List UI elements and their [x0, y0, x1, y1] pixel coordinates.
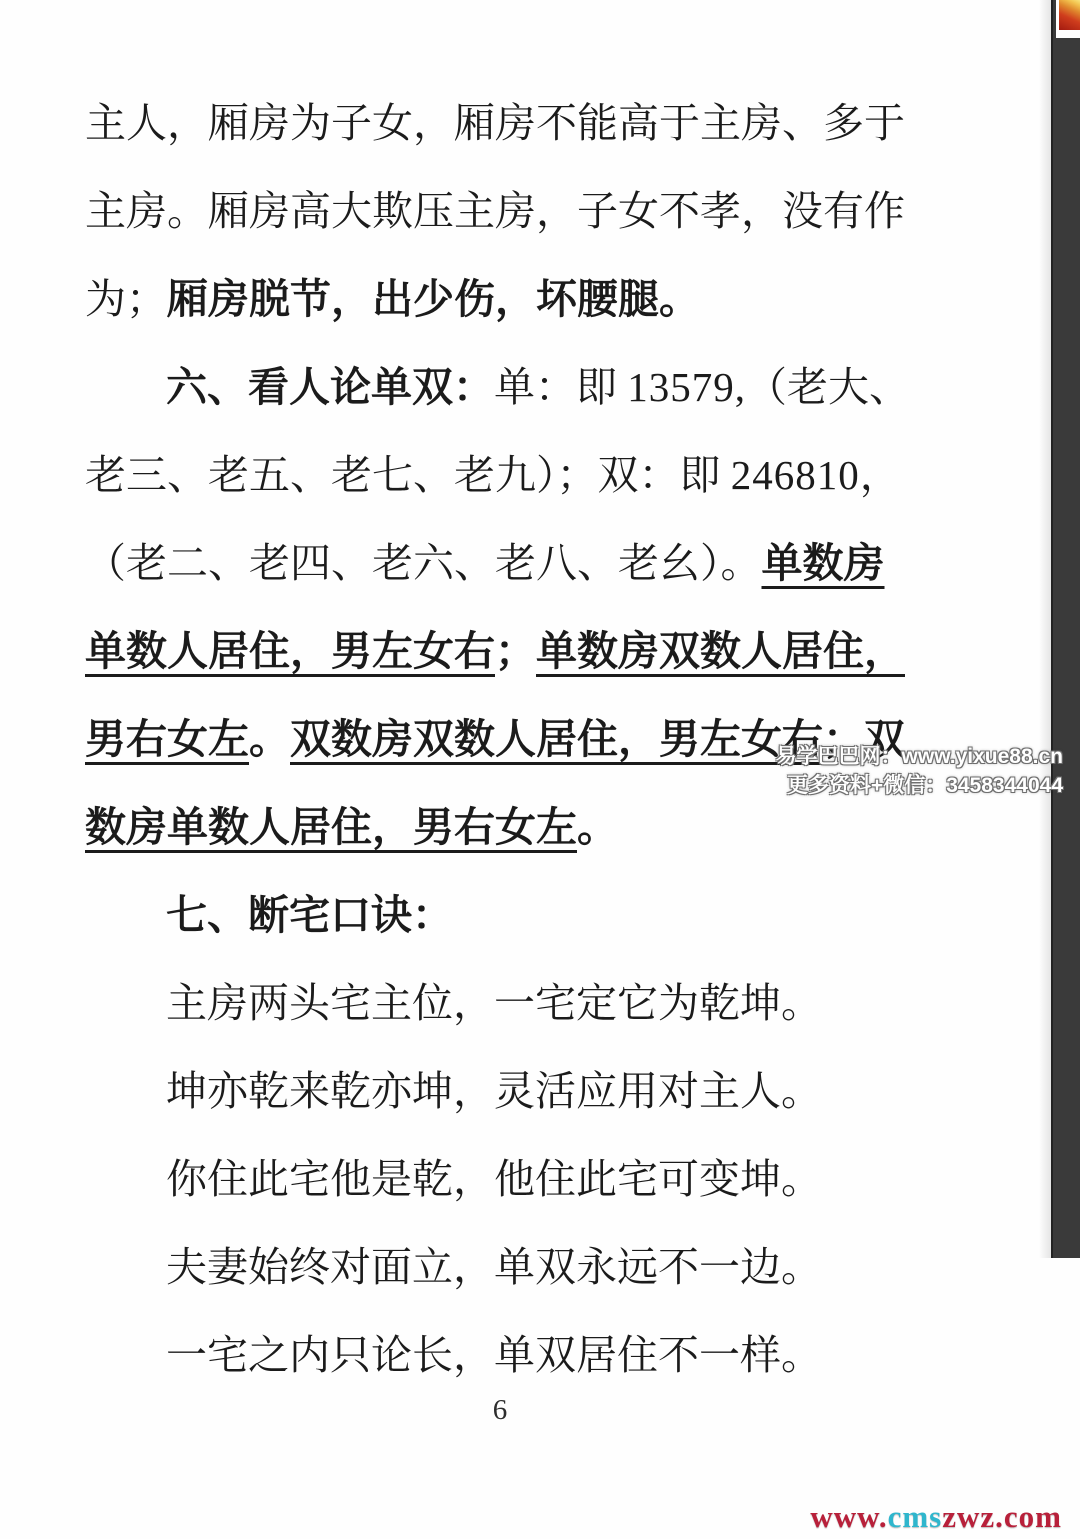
watermark: 易学巴巴网：www.yixue88.cn 更多资料+微信：3458344044 — [776, 742, 1063, 800]
text-segment: 夫妻始终对面立，单双永远不一边。 — [166, 1244, 822, 1290]
text-segment: 你住此宅他是乾，他住此宅可变坤。 — [166, 1156, 822, 1202]
text-segment: 单数房双数人居住， — [536, 628, 905, 674]
text-segment: 主房两头宅主位，一宅定它为乾坤。 — [166, 980, 822, 1026]
text-segment: 。 — [249, 716, 290, 762]
text-segment: 男右女左 — [85, 716, 249, 762]
text-line: 夫妻始终对面立，单双永远不一边。 — [85, 1223, 965, 1311]
footer-site-url: www.cmszwz.com — [810, 1499, 1062, 1535]
text-line: 你住此宅他是乾，他住此宅可变坤。 — [85, 1135, 965, 1223]
thumbnail-frame — [1056, 0, 1080, 38]
footer-url-suffix: zwz.com — [942, 1499, 1062, 1534]
text-segment: ； — [495, 628, 536, 674]
page-number: 6 — [85, 1394, 915, 1427]
text-segment: 厢房脱节，出少伤，坏腰腿。 — [167, 276, 700, 322]
text-segment: 为； — [85, 276, 167, 322]
text-line: 主房两头宅主位，一宅定它为乾坤。 — [85, 959, 965, 1047]
text-segment: 主房。厢房高大欺压主房，子女不孝，没有作 — [85, 188, 905, 234]
text-line: 主房。厢房高大欺压主房，子女不孝，没有作 — [85, 167, 965, 255]
text-segment: 246810， — [731, 452, 902, 498]
text-line: 单数人居住，男左女右；单数房双数人居住， — [85, 607, 965, 695]
page-edge-shadow — [1039, 0, 1051, 1258]
text-segment: 老三、老五、老七、老九）；双：即 — [85, 452, 731, 498]
text-line: 老三、老五、老七、老九）；双：即 246810， — [85, 431, 965, 519]
thumbnail-image-icon[interactable] — [1059, 0, 1080, 30]
footer-url-prefix: www. — [810, 1499, 887, 1534]
text-segment: 。 — [577, 804, 618, 850]
text-segment: （老二、老四、老六、老八、老幺）。 — [85, 540, 762, 586]
text-line: 主人，厢房为子女，厢房不能高于主房、多于 — [85, 79, 965, 167]
text-segment: 13579, — [627, 364, 746, 410]
text-segment: 六、看人论单双： — [166, 364, 494, 410]
text-segment: 单：即 — [494, 364, 627, 410]
text-line: 七、断宅口诀： — [85, 871, 965, 959]
text-segment: 主人，厢房为子女，厢房不能高于主房、多于 — [85, 100, 905, 146]
text-segment: 单数房 — [762, 540, 885, 586]
text-segment: 数房单数人居住，男右女左 — [85, 804, 577, 850]
text-line: （老二、老四、老六、老八、老幺）。单数房 — [85, 519, 965, 607]
text-segment: 单数人居住，男左女右 — [85, 628, 495, 674]
text-segment: （老大、 — [746, 364, 910, 410]
watermark-line-wechat: 更多资料+微信：3458344044 — [776, 771, 1063, 800]
text-segment: 双数房双数人居住，男左女右 — [290, 716, 823, 762]
text-segment: 坤亦乾来乾亦坤，灵活应用对主人。 — [166, 1068, 822, 1114]
text-segment: 七、断宅口诀： — [166, 892, 453, 938]
watermark-line-site: 易学巴巴网：www.yixue88.cn — [776, 742, 1063, 771]
text-segment: 一宅之内只论长，单双居住不一样。 — [166, 1332, 822, 1378]
document-page: 主人，厢房为子女，厢房不能高于主房、多于主房。厢房高大欺压主房，子女不孝，没有作… — [0, 0, 1080, 1539]
text-line: 六、看人论单双：单：即 13579,（老大、 — [85, 343, 965, 431]
text-line: 为；厢房脱节，出少伤，坏腰腿。 — [85, 255, 965, 343]
text-line: 一宅之内只论长，单双居住不一样。 — [85, 1311, 965, 1399]
footer-url-highlight: cms — [888, 1499, 943, 1534]
text-block: 主人，厢房为子女，厢房不能高于主房、多于主房。厢房高大欺压主房，子女不孝，没有作… — [85, 79, 965, 1399]
text-line: 坤亦乾来乾亦坤，灵活应用对主人。 — [85, 1047, 965, 1135]
viewer-side-panel — [1051, 0, 1080, 1258]
